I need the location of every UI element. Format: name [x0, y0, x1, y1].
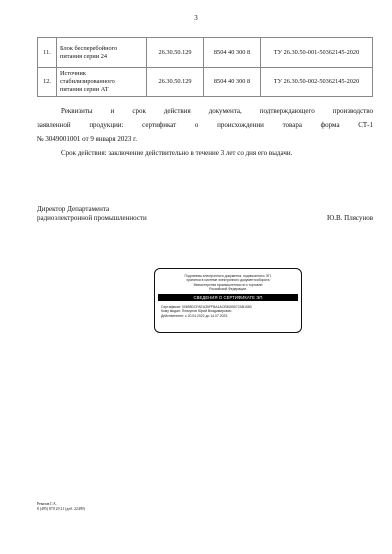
- page-number: 3: [0, 14, 392, 22]
- tnved-code: 8504 40 300 8: [204, 38, 261, 68]
- stamp-header: Подлинник электронного документа, подпис…: [155, 274, 301, 292]
- product-name: Источник стабилизированного питания сери…: [57, 68, 147, 97]
- row-number: 12.: [38, 68, 57, 97]
- product-name: Блок бесперебойного питания серии 24: [57, 38, 147, 68]
- paragraph-line: № 3049001001 от 9 января 2023 г.: [37, 132, 373, 146]
- executor-phone: 8 (495) 870 29 21 (доб. 22499): [37, 507, 85, 512]
- table-row: 12. Источник стабилизированного питания …: [38, 68, 373, 97]
- okpd-code: 26.30.50.129: [147, 38, 204, 68]
- tu-spec: ТУ 26.30.50-002-50362145-2020: [261, 68, 373, 97]
- electronic-signature-stamp: Подлинник электронного документа, подпис…: [154, 268, 302, 333]
- executor-footer: Ревазов Г.А. 8 (495) 870 29 21 (доб. 224…: [37, 502, 85, 512]
- signer-title-line1: Директор Департамента: [37, 205, 373, 214]
- paragraph-line: Реквизиты и срок действия документа, под…: [37, 104, 373, 118]
- product-name-line: Источник: [60, 70, 86, 77]
- signer-title-line2: радиоэлектронной промышленности: [37, 214, 373, 223]
- tnved-code: 8504 40 300 8: [204, 68, 261, 97]
- okpd-code: 26.30.50.129: [147, 68, 204, 97]
- stamp-header-line: Российской Федерации.: [155, 287, 301, 291]
- products-table: 11. Блок бесперебойного питания серии 24…: [37, 37, 373, 97]
- row-number: 11.: [38, 38, 57, 68]
- paragraph-line: заявленной продукции: сертификат о проис…: [37, 118, 373, 132]
- signer-name: Ю.В. Плясунов: [327, 214, 373, 223]
- product-name-line: Блок бесперебойного: [60, 45, 117, 52]
- tu-spec: ТУ 26.30.50-001-50362145-2020: [261, 38, 373, 68]
- certificate-validity: Действителен: с 20.04.2022 до 14.07.2023: [161, 314, 301, 319]
- document-requisites-paragraph: Реквизиты и срок действия документа, под…: [37, 104, 373, 146]
- product-name-line: стабилизированного: [60, 78, 115, 85]
- stamp-banner: СВЕДЕНИЯ О СЕРТИФИКАТЕ ЭП: [158, 294, 298, 301]
- product-name-line: питания серии АТ: [60, 86, 109, 93]
- table-row: 11. Блок бесперебойного питания серии 24…: [38, 38, 373, 68]
- validity-paragraph: Срок действия: заключение действительно …: [37, 146, 373, 160]
- stamp-certificate-info: Сертификат: 00895DCFAEA35FFBA1ACE8065072…: [161, 305, 301, 319]
- product-name-line: питания серии 24: [60, 53, 107, 60]
- signature-block: Директор Департамента радиоэлектронной п…: [37, 205, 373, 223]
